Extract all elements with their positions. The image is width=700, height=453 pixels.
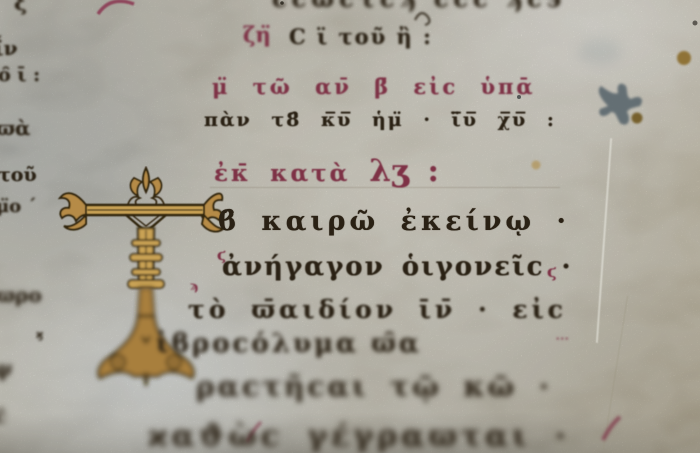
manuscript-photo: ϲϲωϲτϲϡ ϲϲϲ ϡϲ϶ ζη̈ Ϲ ϊ τοῦ ἢ : μ̈ τῶ αν…: [0, 0, 700, 453]
cross-arm: [60, 168, 224, 232]
foliate-cross-ornament: [56, 166, 226, 401]
dark-speck: [693, 21, 698, 26]
gray-smudge: [578, 39, 622, 65]
text-line-2: ἀνήγαγον ὁιγονεῖϲ ·: [222, 252, 573, 282]
left-margin-fragment: μ̈ο ΄: [0, 196, 36, 217]
text-line-5: ραϲτῆϲαι τῷ κῶ ·: [196, 370, 552, 403]
brown-stain-dot: [632, 113, 643, 124]
red-pen-mark: [98, 1, 134, 14]
left-margin-fragment: ϲ̑: [0, 404, 6, 428]
rubric-luke-swash: λʒ :: [369, 153, 439, 189]
cross-shaft: [128, 228, 164, 288]
red-pen-mark: [603, 417, 620, 440]
left-margin-fragment: ϖὰ: [0, 116, 30, 140]
rubric-month-line: μ̈ τῶ αν̄ β̄ εἰϲ ὑπᾱ: [212, 74, 536, 99]
text-line-top-partial: ϲϲωϲτϲϡ ϲϲϲ ϡϲ϶: [272, 0, 566, 13]
left-margin-fragment: ϖρο: [0, 283, 42, 307]
left-margin-fragment: ξ̑: [14, 0, 27, 16]
left-margin-fragment: ο̑ ῑ :: [0, 64, 40, 86]
rubric-incipit-text: ἐκ̄ κατὰ: [214, 160, 350, 187]
brown-stain-dot: [677, 51, 691, 65]
text-line-bottom-partial: ϰαϑὼϲ γέγραϖται ·: [148, 419, 570, 453]
left-margin-fragment: ϗ: [36, 328, 43, 341]
left-margin-fragment: τοῦ: [0, 164, 37, 186]
red-line-end-mark: ϛ: [547, 262, 557, 281]
tan-stain-dot: [532, 161, 541, 170]
heading-reference-dark: Ϲ ϊ τοῦ ἢ :: [289, 24, 433, 49]
text-line-hypapante: πὰν τ8̑ κ̅υ̅ ἡμ̈ · ϊ̅υ̅ χ̅υ̅ :: [204, 109, 556, 131]
cross-finial: [128, 168, 164, 204]
rubric-incipit-luke: ἐκ̄ κατὰ λʒ :: [214, 153, 439, 189]
heading-reference-red: ζη̈: [243, 22, 271, 47]
text-line-3: τὸ ϖ̄αιδίον ῑν̄ · εἰϲ: [188, 295, 567, 324]
text-line-4: ἰϐροϲόλυμα ϖ̑α: [156, 329, 422, 359]
text-line-1: ϐ̑ καιρῶ ἐκείνῳ ·: [218, 206, 570, 237]
left-margin-fragment: ΐν: [0, 36, 18, 60]
left-margin-fragment: ψ: [0, 356, 13, 382]
red-interlinear-mark: ϡ: [190, 279, 198, 293]
red-dots-mark: ···: [556, 334, 569, 345]
